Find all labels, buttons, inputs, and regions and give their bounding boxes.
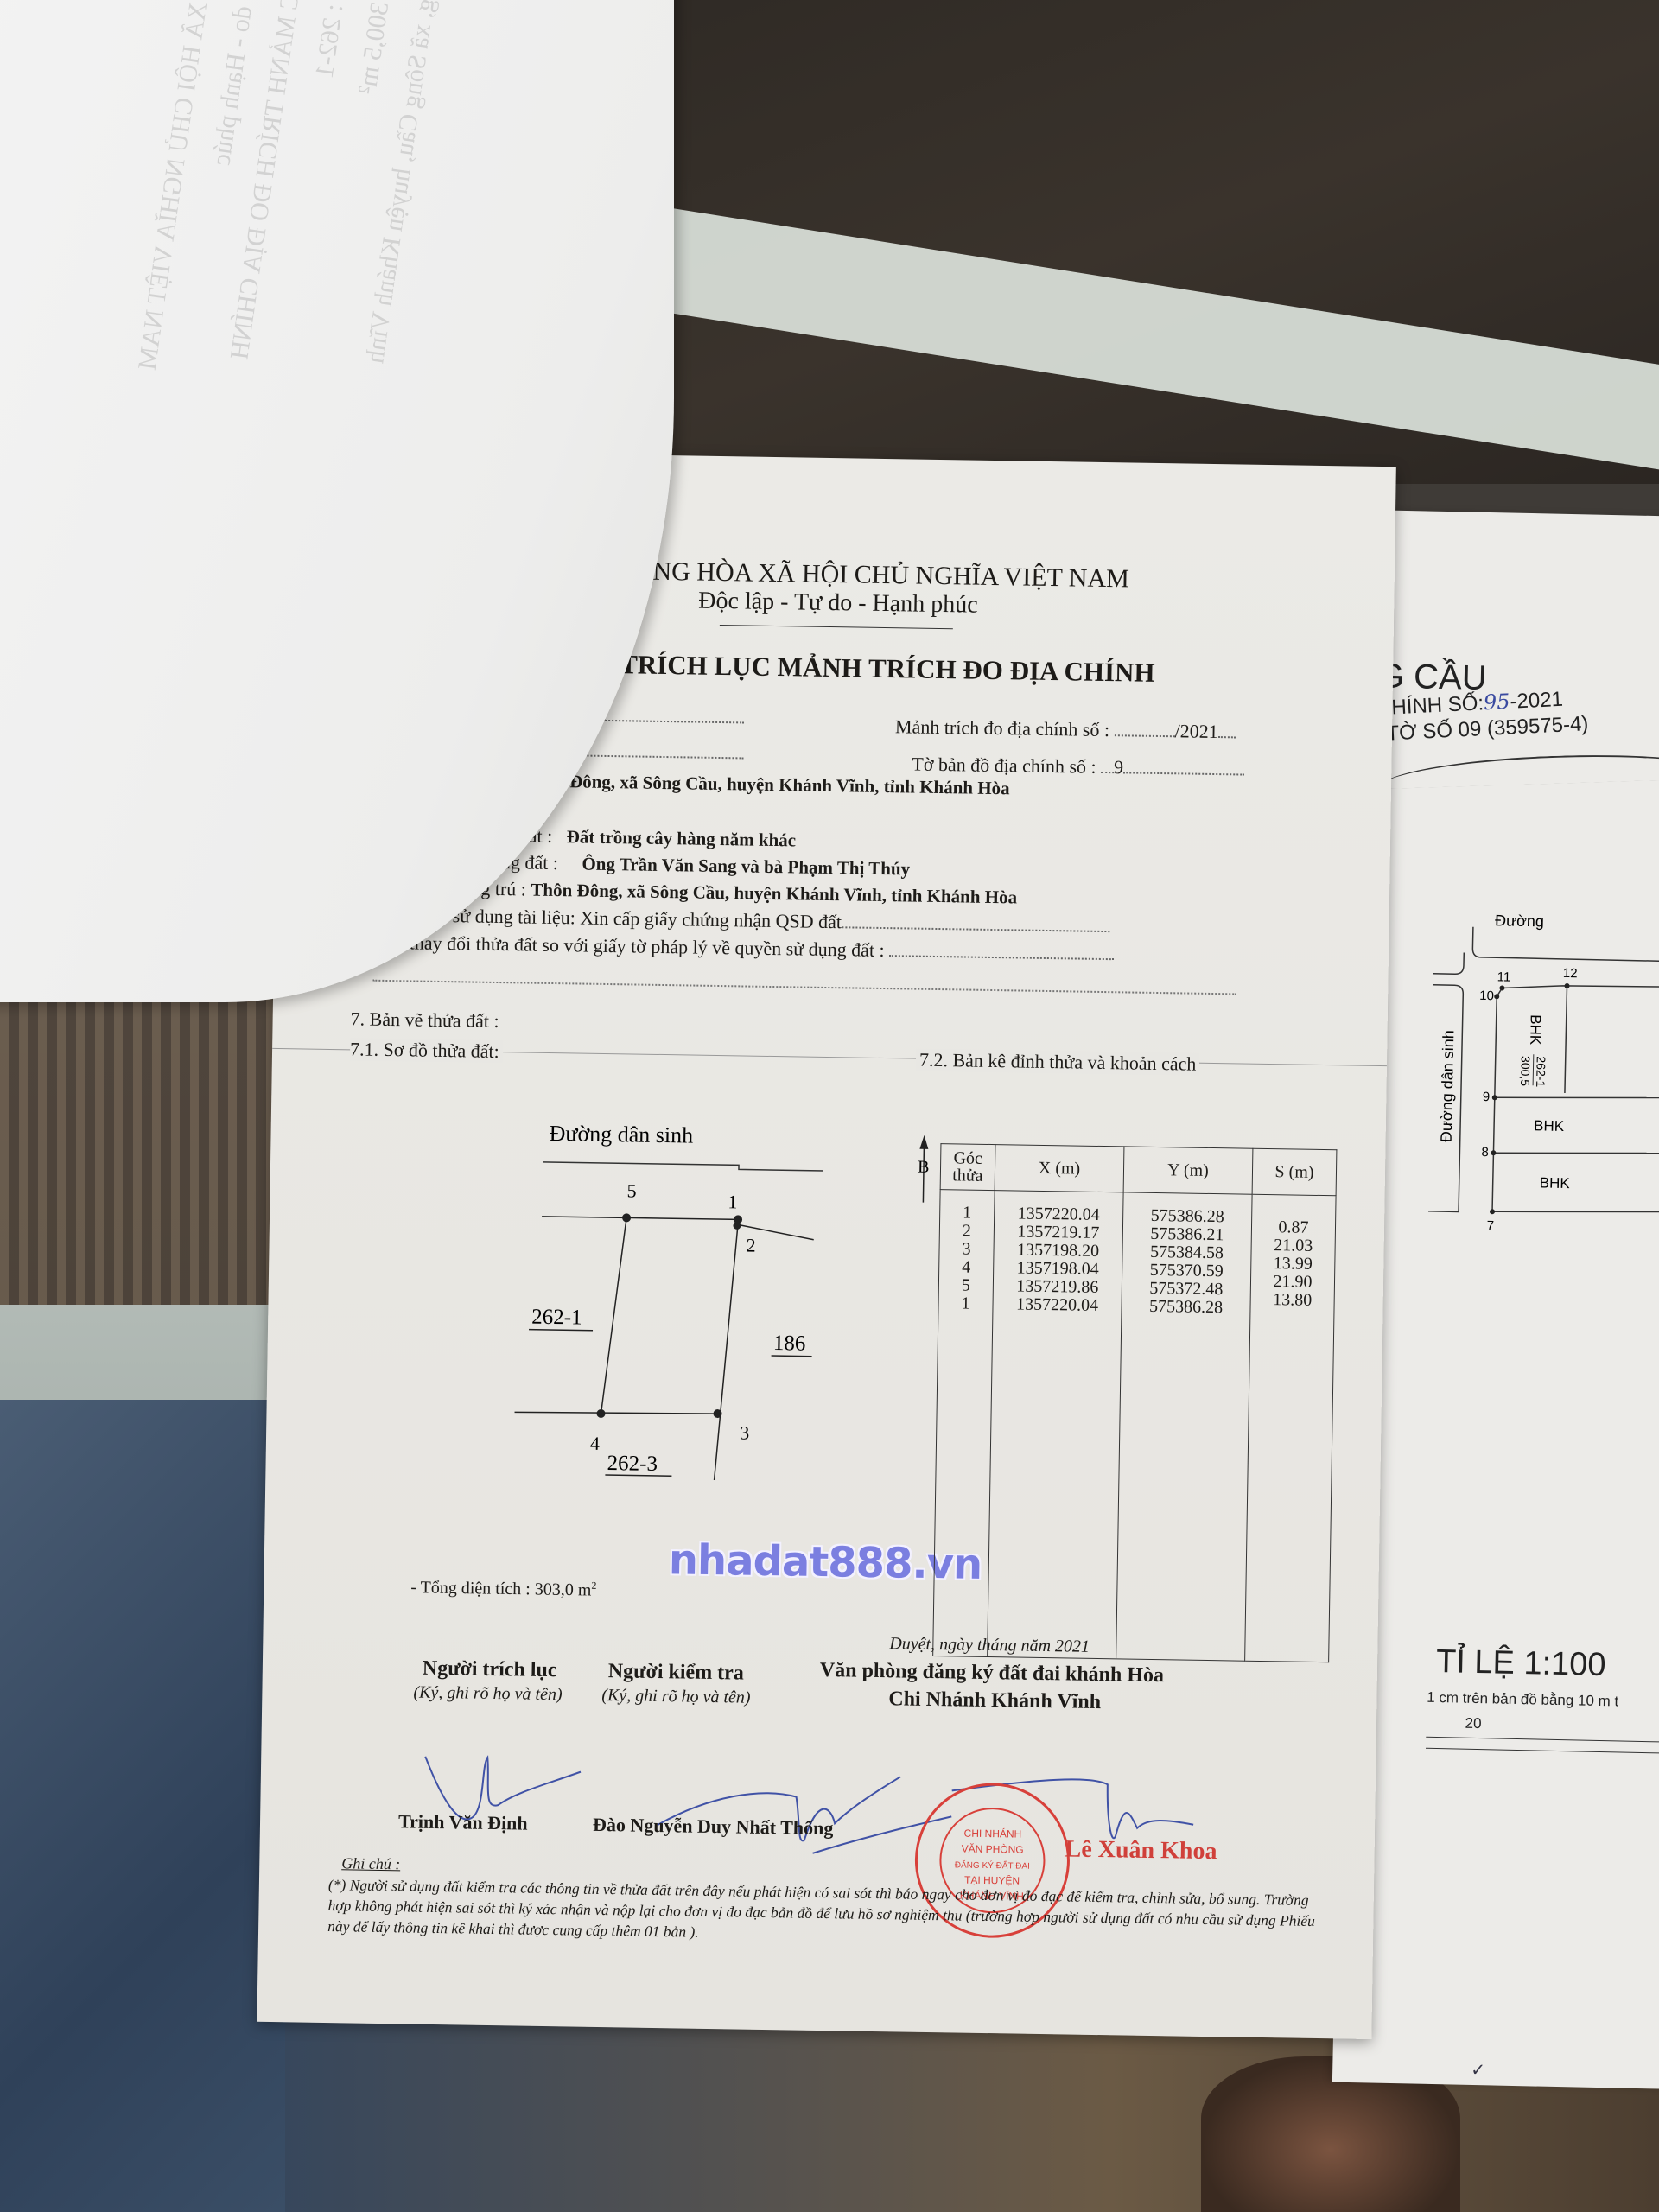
points-column: 123451 xyxy=(933,1190,995,1656)
svg-text:CHI NHÁNH: CHI NHÁNH xyxy=(963,1827,1021,1840)
header-curve-line xyxy=(1376,750,1659,789)
svg-text:3: 3 xyxy=(740,1421,749,1443)
svg-text:4: 4 xyxy=(590,1433,600,1454)
col-header-s: S (m) xyxy=(1252,1148,1337,1196)
edge-distance-cell: 0.87 xyxy=(1252,1218,1335,1238)
map-sheet-value: 9 xyxy=(1114,756,1123,778)
edge-distance-cell: 13.99 xyxy=(1251,1255,1334,1274)
svg-text:262-1: 262-1 xyxy=(1534,1056,1548,1087)
scale-ruler xyxy=(1426,1737,1659,1755)
svg-text:B: B xyxy=(918,1158,930,1177)
edge-distance-cell: 13.80 xyxy=(1251,1291,1334,1311)
vertex-x-cell: 1357219.17 xyxy=(995,1223,1122,1243)
survey-sheet-field: Mảnh trích đo địa chính số : /2021 xyxy=(895,715,1236,743)
mirrored-show-through-text: CỘNG HÒA XÃ HỘI CHỦ NGHĨA VIỆT NAMĐộc lậ… xyxy=(124,0,463,410)
vertex-point-cell: 4 xyxy=(939,1258,993,1277)
map-scale-title: TỈ LỆ 1:100 xyxy=(1436,1643,1606,1684)
col-header-corner: Góc thửa xyxy=(940,1144,995,1191)
vertex-y-cell: 575370.59 xyxy=(1122,1261,1250,1281)
document-title: TRÍCH LỤC MẢNH TRÍCH ĐO ĐỊA CHÍNH xyxy=(620,649,1155,689)
approver-name: Lê Xuân Khoa xyxy=(1065,1835,1217,1866)
total-area: - Tổng diện tích : 303,0 m2 xyxy=(410,1577,596,1601)
residence-value: Thôn Đông, xã Sông Cầu, huyện Khánh Vĩnh… xyxy=(531,880,1017,908)
extractor-name: Trịnh Văn Định xyxy=(398,1810,528,1834)
extractor-subtitle: (Ký, ghi rõ họ và tên) xyxy=(413,1683,563,1706)
svg-text:12: 12 xyxy=(1563,966,1578,981)
changes-dotted-line xyxy=(372,980,1236,995)
svg-text:8: 8 xyxy=(1481,1145,1489,1160)
neighbor-parcel-map: Đường Đường dân sinh 11 12 10 9 8 7 BHK … xyxy=(1427,909,1659,1243)
col-header-x: X (m) xyxy=(995,1145,1124,1192)
edge-distance-cell: 21.90 xyxy=(1251,1273,1334,1293)
svg-text:Đường: Đường xyxy=(1495,912,1544,930)
svg-text:7: 7 xyxy=(1486,1218,1494,1233)
svg-text:262-1: 262-1 xyxy=(531,1306,582,1330)
edge-distance-cell: 21.03 xyxy=(1252,1236,1335,1256)
svg-text:ĐĂNG KÝ ĐẤT ĐAI: ĐĂNG KÝ ĐẤT ĐAI xyxy=(955,1859,1030,1871)
svg-text:Đường dân sinh: Đường dân sinh xyxy=(1438,1030,1458,1142)
checker-subtitle: (Ký, ghi rõ họ và tên) xyxy=(601,1686,751,1708)
notes-label: Ghi chú : xyxy=(341,1854,400,1873)
extractor-title: Người trích lục xyxy=(423,1657,557,1682)
vertex-x-cell: 1357198.20 xyxy=(994,1241,1122,1261)
vertex-point-cell: 1 xyxy=(940,1204,994,1223)
road-label: Đường dân sinh xyxy=(549,1121,693,1148)
vertex-coordinate-table: Góc thửa X (m) Y (m) S (m) 123451 135722… xyxy=(932,1143,1337,1662)
svg-text:11: 11 xyxy=(1497,969,1511,984)
distance-column: 0.8721.0313.9921.9013.80 xyxy=(1245,1194,1336,1662)
svg-text:186: 186 xyxy=(773,1332,806,1356)
checker-title: Người kiểm tra xyxy=(608,1660,744,1685)
svg-text:10: 10 xyxy=(1479,988,1494,1003)
land-use-value: Đất trồng cây hàng năm khác xyxy=(566,826,796,850)
office-name: Văn phòng đăng ký đất đai khánh Hòa xyxy=(820,1659,1165,1688)
vertex-x-cell: 1357219.86 xyxy=(994,1277,1122,1297)
svg-text:300,5: 300,5 xyxy=(1518,1056,1533,1087)
vertex-x-cell: 1357220.04 xyxy=(995,1205,1122,1224)
svg-text:2: 2 xyxy=(746,1235,755,1256)
map-scale-subtitle: 1 cm trên bản đồ bằng 10 m t xyxy=(1427,1689,1618,1711)
y-column: 575386.28575386.21575384.58575370.595753… xyxy=(1116,1192,1252,1661)
vertex-point-cell: 1 xyxy=(938,1294,992,1313)
approval-date: Duyệt, ngày tháng năm 2021 xyxy=(889,1634,1090,1657)
vertex-x-cell: 1357198.04 xyxy=(994,1259,1122,1279)
vertex-y-cell: 575386.21 xyxy=(1123,1224,1251,1244)
survey-sheet-value: /2021 xyxy=(1174,720,1218,742)
scale-tick-label: 20 xyxy=(1465,1715,1481,1732)
svg-text:9: 9 xyxy=(1483,1090,1491,1104)
svg-text:262-3: 262-3 xyxy=(607,1452,658,1476)
national-header: CỘNG HÒA XÃ HỘI CHỦ NGHĨA VIỆT NAM xyxy=(617,556,1130,594)
svg-text:BHK: BHK xyxy=(1534,1117,1565,1135)
doc-purpose-value: Xin cấp giấy chứng nhận QSD đất xyxy=(580,906,842,932)
drawing-heading: 7. Bản vẽ thửa đất : xyxy=(350,1007,499,1033)
x-column: 1357220.041357219.171357198.201357198.04… xyxy=(988,1191,1123,1659)
vertex-y-cell: 575386.28 xyxy=(1123,1206,1251,1226)
vertex-point-cell: 3 xyxy=(939,1240,993,1259)
handwritten-number: 95 xyxy=(1483,690,1510,715)
header-underline xyxy=(720,625,953,629)
office-branch: Chi Nhánh Khánh Vĩnh xyxy=(888,1688,1101,1714)
national-motto: Độc lập - Tự do - Hạnh phúc xyxy=(698,588,978,620)
svg-text:1: 1 xyxy=(728,1191,737,1212)
vertex-y-cell: 575384.58 xyxy=(1122,1243,1250,1262)
svg-text:VĂN PHÒNG: VĂN PHÒNG xyxy=(962,1842,1024,1856)
owner-value: Ông Trần Văn Sang và bà Phạm Thị Thúy xyxy=(582,854,910,880)
pen-checkmark: ✓ xyxy=(1471,2059,1485,2081)
vertex-table-heading: 7.2. Bản kê đỉnh thửa và khoản cách xyxy=(916,1049,1200,1076)
vertex-y-cell: 575372.48 xyxy=(1122,1279,1250,1299)
checker-name: Đào Nguyễn Duy Nhất Thống xyxy=(593,1814,834,1840)
sketch-heading: 7.1. Sơ đồ thửa đất: xyxy=(350,1038,503,1063)
svg-text:BHK: BHK xyxy=(1527,1014,1544,1046)
vertex-point-cell: 5 xyxy=(939,1276,993,1295)
changes-field: 6. Các thay đổi thửa đất so với giấy tờ … xyxy=(356,931,1114,965)
vertex-point-cell: 2 xyxy=(940,1222,994,1241)
north-arrow-icon: B xyxy=(914,1134,932,1203)
vertex-x-cell: 1357220.04 xyxy=(993,1295,1121,1315)
vertex-y-cell: 575386.28 xyxy=(1122,1297,1249,1317)
svg-text:5: 5 xyxy=(626,1179,636,1201)
parcel-sketch: Đường dân sinh 1 2 3 4 5 262-1 186 262-3 xyxy=(507,1114,824,1482)
col-header-y: Y (m) xyxy=(1123,1147,1253,1194)
svg-text:BHK: BHK xyxy=(1540,1174,1571,1192)
